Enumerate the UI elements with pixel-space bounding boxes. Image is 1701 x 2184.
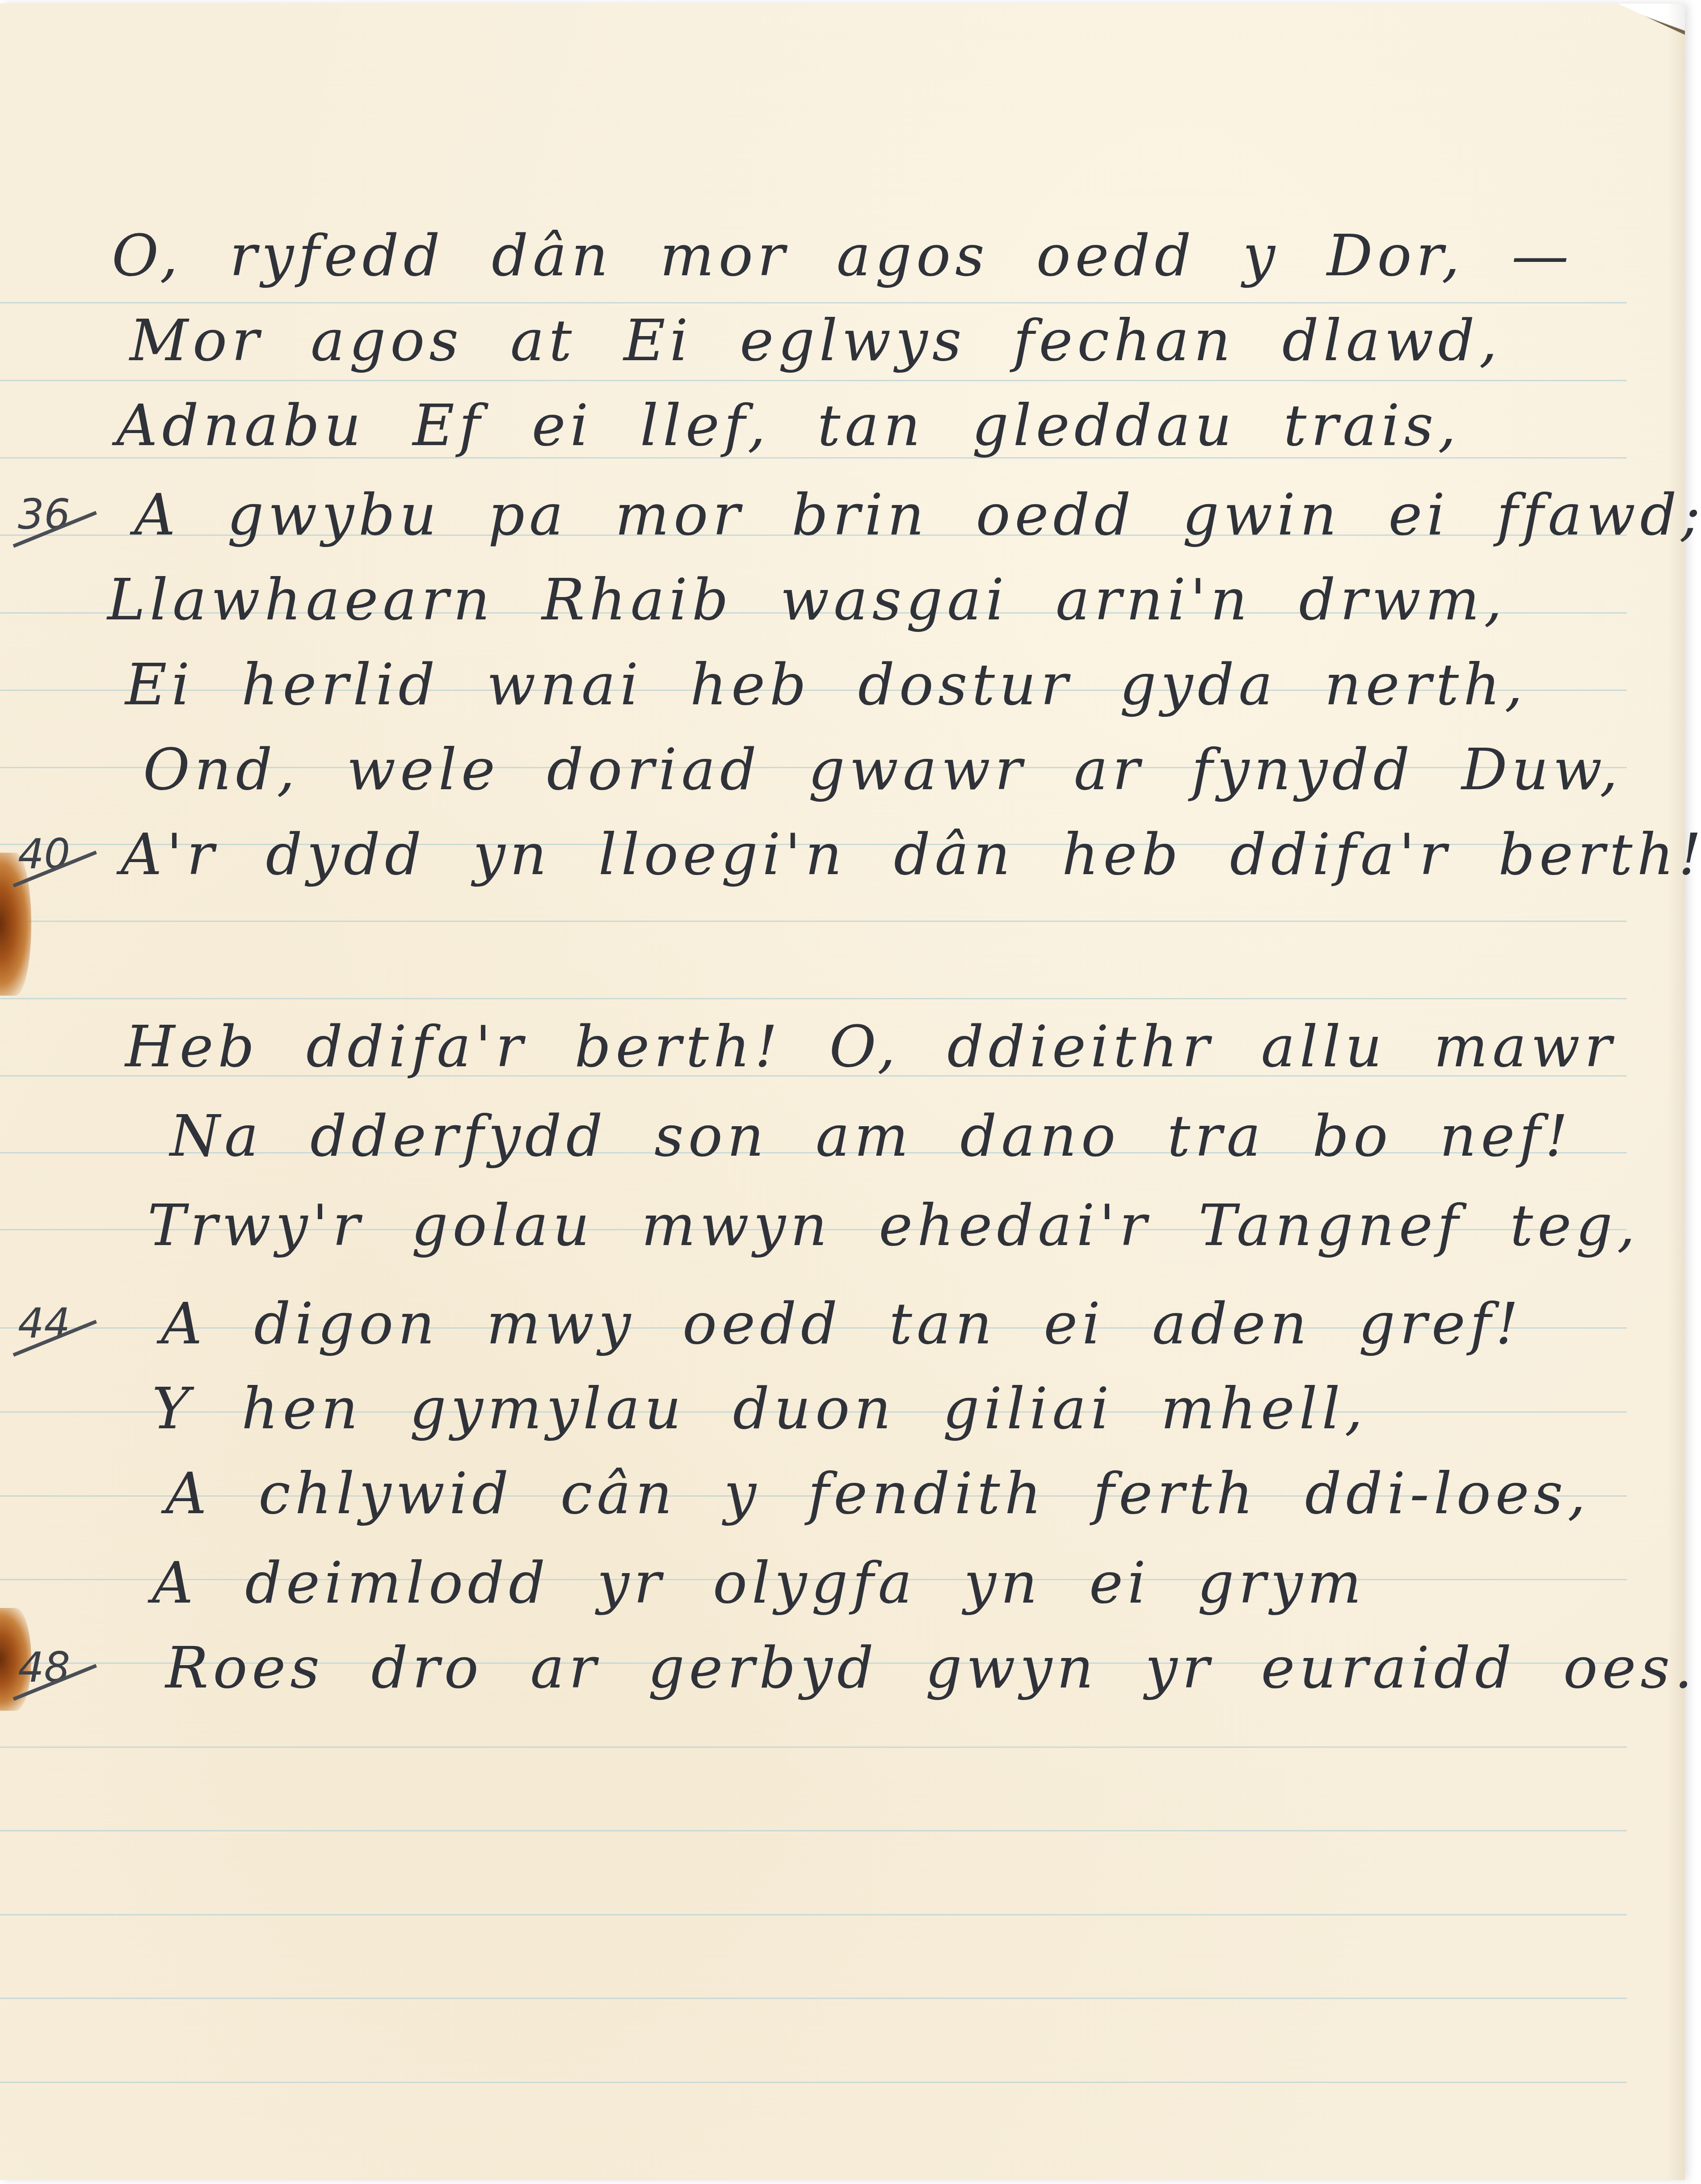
verse-text: Ei herlid wnai heb dostur gyda nerth, — [125, 652, 1527, 718]
verse-line: 44 A digon mwy oedd tan ei aden gref! — [0, 1282, 1701, 1371]
manuscript-page: O, ryfedd dân mor agos oedd y Dor, — Mor… — [0, 4, 1685, 2180]
verse-text: Roes dro ar gerbyd gwyn yr euraidd oes. — [165, 1635, 1697, 1701]
line-number: 40 — [18, 830, 70, 878]
verse-line: 36 A gwybu pa mor brin oedd gwin ei ffaw… — [0, 473, 1701, 562]
verse-text: Ond, wele doriad gwawr ar fynydd Duw, — [143, 736, 1622, 803]
verse-text: A deimlodd yr olygfa yn ei grym — [152, 1550, 1366, 1616]
verse-line: Llawhaearn Rhaib wasgai arni'n drwm, — [0, 558, 1701, 647]
verse-text: O, ryfedd dân mor agos oedd y Dor, — — [112, 223, 1573, 289]
verse-line: 48 Roes dro ar gerbyd gwyn yr euraidd oe… — [0, 1626, 1701, 1715]
verse-text: Adnabu Ef ei llef, tan gleddau trais, — [116, 392, 1461, 459]
verse-text: A chlywid cân y fendith ferth ddi-loes, — [165, 1460, 1590, 1527]
ruled-line — [0, 1746, 1627, 1748]
line-number: 48 — [18, 1644, 70, 1692]
verse-text: Trwy'r golau mwyn ehedai'r Tangnef teg, — [147, 1192, 1640, 1259]
verse-line: Mor agos at Ei eglwys fechan dlawd, — [0, 299, 1701, 388]
verse-line: Y hen gymylau duon giliai mhell, — [0, 1367, 1701, 1456]
verse-line: A chlywid cân y fendith ferth ddi-loes, — [0, 1452, 1701, 1541]
verse-text: Mor agos at Ei eglwys fechan dlawd, — [130, 307, 1502, 374]
ruled-line — [0, 1998, 1627, 1999]
verse-text: Y hen gymylau duon giliai mhell, — [152, 1376, 1367, 1442]
ruled-line — [0, 998, 1627, 999]
verse-line: Ei herlid wnai heb dostur gyda nerth, — [0, 643, 1701, 732]
verse-line: 40 A'r dydd yn lloegi'n dân heb ddifa'r … — [0, 812, 1701, 902]
ruled-line — [0, 921, 1627, 922]
verse-line: O, ryfedd dân mor agos oedd y Dor, — — [0, 214, 1701, 303]
verse-line: Na dderfydd son am dano tra bo nef! — [0, 1094, 1701, 1183]
ruled-line — [0, 1830, 1627, 1831]
verse-line: Heb ddifa'r berth! O, ddieithr allu mawr — [0, 1005, 1701, 1094]
ruled-line — [0, 2082, 1627, 2083]
ruled-line — [0, 1914, 1627, 1915]
folded-corner — [1618, 4, 1685, 35]
line-number: 44 — [18, 1300, 70, 1347]
verse-text: Heb ddifa'r berth! O, ddieithr allu mawr — [125, 1014, 1616, 1080]
verse-line: Trwy'r golau mwyn ehedai'r Tangnef teg, — [0, 1183, 1701, 1273]
verse-line: A deimlodd yr olygfa yn ei grym — [0, 1541, 1701, 1630]
verse-text: Na dderfydd son am dano tra bo nef! — [170, 1103, 1572, 1170]
line-number: 36 — [18, 491, 70, 539]
verse-text: Llawhaearn Rhaib wasgai arni'n drwm, — [107, 567, 1507, 633]
verse-text: A'r dydd yn lloegi'n dân heb ddifa'r ber… — [121, 821, 1701, 888]
verse-text: A digon mwy oedd tan ei aden gref! — [161, 1291, 1523, 1357]
verse-line: Adnabu Ef ei llef, tan gleddau trais, — [0, 383, 1701, 473]
verse-line: Ond, wele doriad gwawr ar fynydd Duw, — [0, 728, 1701, 817]
verse-text: A gwybu pa mor brin oedd gwin ei ffawd; — [134, 482, 1701, 548]
